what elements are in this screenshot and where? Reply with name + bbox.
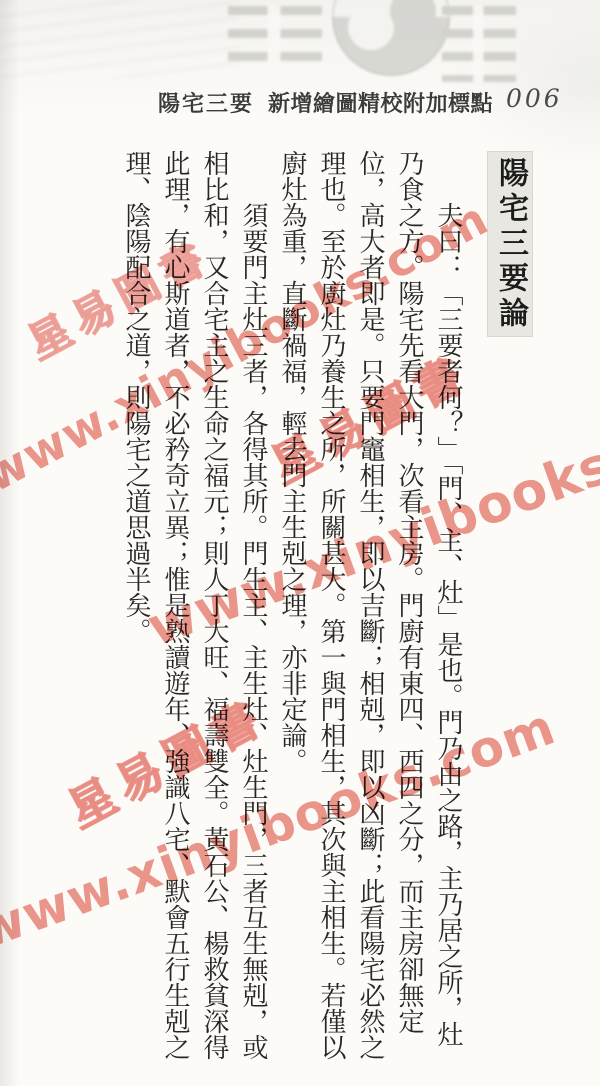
- section-title-text: 陽宅三要論: [488, 157, 532, 332]
- section-title-box: 陽宅三要論: [487, 151, 533, 337]
- trigram-bars-right-icon: [442, 6, 516, 82]
- taiji-bagua-decoration: [228, 0, 518, 98]
- taiji-yinyang-icon: [332, 0, 450, 76]
- scanned-book-page: 陽宅三要 新增繪圖精校附加標點 006 陽宅三要論 夫曰：「三要者何？」「門、主…: [0, 0, 600, 1086]
- page-number: 006: [506, 84, 563, 113]
- scan-streaks: [0, 0, 240, 78]
- book-title: 陽宅三要: [158, 87, 254, 118]
- trigram-bars-left-icon: [228, 6, 322, 66]
- edition-subtitle: 新增繪圖精校附加標點: [268, 87, 493, 118]
